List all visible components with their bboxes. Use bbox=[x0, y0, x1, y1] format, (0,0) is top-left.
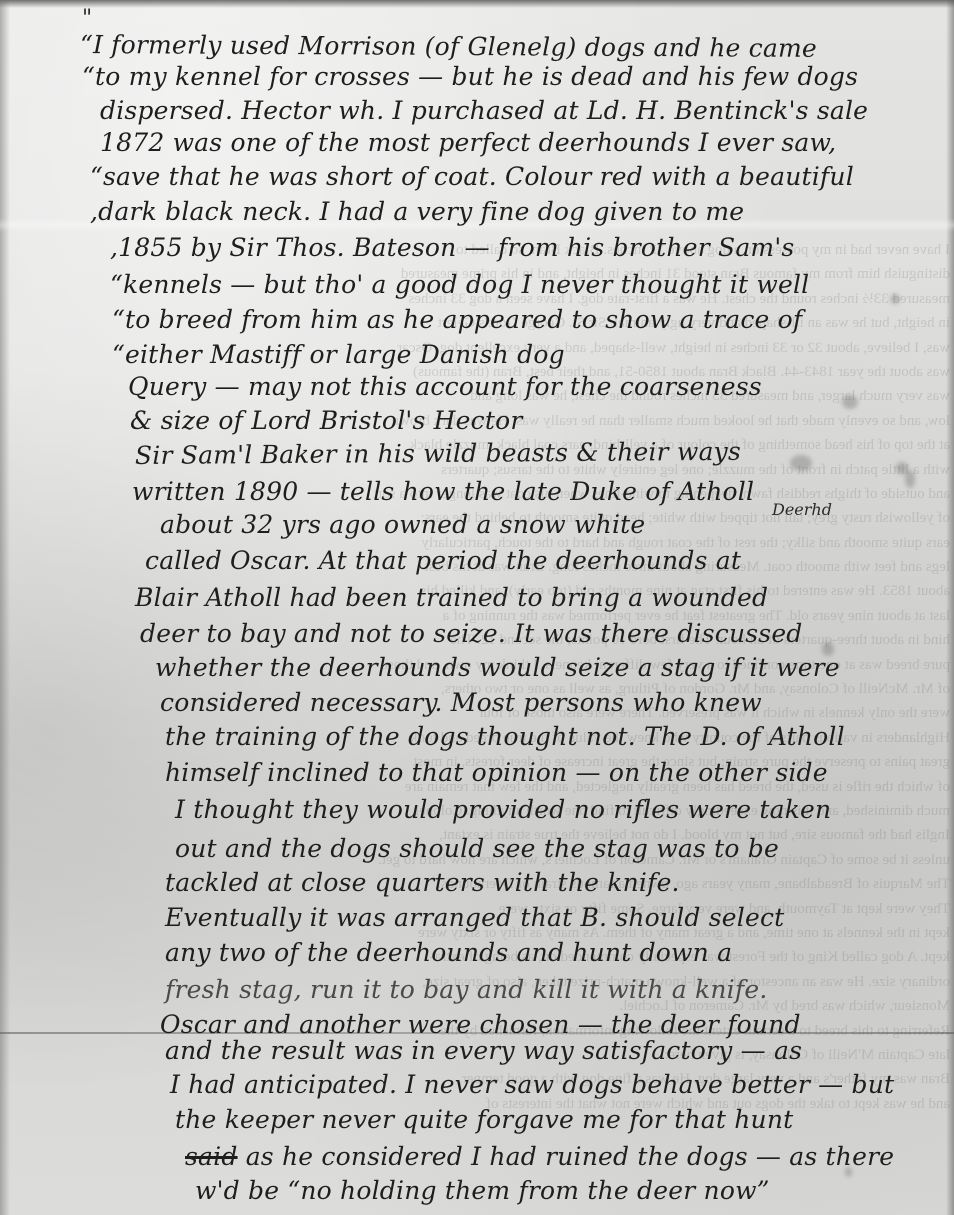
manuscript-line-10: “either Mastiff or large Danish dog bbox=[112, 340, 565, 369]
line-text: to my kennel for crosses — but he is dea… bbox=[95, 62, 858, 91]
line-text: Blair Atholl had been trained to bring a… bbox=[135, 583, 768, 612]
line-text: about 32 yrs ago owned a snow white bbox=[160, 510, 645, 539]
struck-word: said bbox=[185, 1142, 238, 1171]
manuscript-line-9: “to breed from him as he appeared to sho… bbox=[112, 305, 802, 334]
quote-mark: " bbox=[82, 6, 92, 31]
manuscript-line-6: ,dark black neck. I had a very fine dog … bbox=[90, 197, 744, 226]
manuscript-line-14: written 1890 — tells how the late Duke o… bbox=[132, 477, 754, 506]
manuscript-line-12: & size of Lord Bristol's Hector bbox=[130, 406, 522, 435]
line-text: Eventually it was arranged that B. shoul… bbox=[165, 903, 784, 932]
line-text: 1872 was one of the most perfect deerhou… bbox=[100, 128, 836, 157]
line-text: and the result was in every way satisfac… bbox=[165, 1036, 802, 1065]
line-text: I had anticipated. I never saw dogs beha… bbox=[170, 1070, 894, 1099]
interlinear-insertion: Deerhd bbox=[772, 500, 832, 519]
line-text: Query — may not this account for the coa… bbox=[128, 372, 762, 401]
line-text: save that he was short of coat. Colour r… bbox=[103, 162, 854, 191]
manuscript-line-26: Eventually it was arranged that B. shoul… bbox=[165, 903, 784, 932]
manuscript-line-17: Blair Atholl had been trained to bring a… bbox=[135, 583, 768, 612]
manuscript-line-20: considered necessary. Most persons who k… bbox=[160, 688, 762, 717]
line-text: w'd be “no holding them from the deer no… bbox=[195, 1176, 770, 1205]
manuscript-line-13: Sir Sam'l Baker in his wild beasts & the… bbox=[135, 437, 741, 470]
line-prefix: “ bbox=[110, 270, 123, 299]
line-text: the keeper never quite forgave me for th… bbox=[175, 1105, 793, 1134]
line-text: dispersed. Hector wh. I purchased at Ld.… bbox=[100, 96, 868, 125]
manuscript-line-5: “save that he was short of coat. Colour … bbox=[90, 162, 854, 191]
manuscript-line-22: himself inclined to that opinion — on th… bbox=[165, 758, 828, 787]
line-prefix: “ bbox=[90, 162, 103, 191]
line-text: considered necessary. Most persons who k… bbox=[160, 688, 762, 717]
line-prefix: “ bbox=[80, 30, 93, 59]
manuscript-line-23: I thought they would provided no rifles … bbox=[175, 795, 831, 824]
manuscript-line-27: any two of the deerhounds and hunt down … bbox=[165, 938, 732, 967]
line-text: Sir Sam'l Baker in his wild beasts & the… bbox=[135, 437, 741, 470]
handwritten-text: " “I formerly used Morrison (of Glenelg)… bbox=[0, 0, 954, 1215]
manuscript-line-31: I had anticipated. I never saw dogs beha… bbox=[170, 1070, 894, 1099]
line-text: Oscar and another were chosen — the deer… bbox=[160, 1010, 801, 1039]
manuscript-line-7: ,1855 by Sir Thos. Bateson — from his br… bbox=[110, 233, 794, 262]
manuscript-line-28: fresh stag, run it to bay and kill it wi… bbox=[165, 975, 767, 1004]
manuscript-line-2: “to my kennel for crosses — but he is de… bbox=[82, 62, 858, 91]
manuscript-line-25: tackled at close quarters with the knife… bbox=[165, 868, 680, 897]
line-text: any two of the deerhounds and hunt down … bbox=[165, 938, 732, 967]
line-text: as he considered I had ruined the dogs —… bbox=[246, 1142, 895, 1171]
line-text: called Oscar. At that period the deerhou… bbox=[145, 546, 741, 575]
line-prefix: , bbox=[110, 233, 118, 262]
line-text: & size of Lord Bristol's Hector bbox=[130, 406, 522, 435]
line-prefix: “ bbox=[112, 340, 125, 369]
line-text: deer to bay and not to seize. It was the… bbox=[140, 619, 803, 648]
line-text: himself inclined to that opinion — on th… bbox=[165, 758, 828, 787]
manuscript-line-15: about 32 yrs ago owned a snow white bbox=[160, 510, 645, 539]
manuscript-line-8: “kennels — but tho' a good dog I never t… bbox=[110, 270, 809, 299]
line-text: either Mastiff or large Danish dog bbox=[125, 340, 565, 369]
manuscript-line-16: called Oscar. At that period the deerhou… bbox=[145, 546, 741, 575]
line-text: 1855 by Sir Thos. Bateson — from his bro… bbox=[118, 233, 794, 262]
line-prefix: , bbox=[90, 197, 98, 226]
line-text: the training of the dogs thought not. Th… bbox=[165, 722, 845, 751]
line-prefix: “ bbox=[82, 62, 95, 91]
line-text: I formerly used Morrison (of Glenelg) do… bbox=[93, 30, 817, 63]
manuscript-line-1: “I formerly used Morrison (of Glenelg) d… bbox=[80, 30, 817, 63]
manuscript-line-29: Oscar and another were chosen — the deer… bbox=[160, 1010, 801, 1039]
line-text: written 1890 — tells how the late Duke o… bbox=[132, 477, 754, 506]
manuscript-line-18: deer to bay and not to seize. It was the… bbox=[140, 619, 803, 648]
manuscript-line-4: 1872 was one of the most perfect deerhou… bbox=[100, 128, 836, 157]
manuscript-line-24: out and the dogs should see the stag was… bbox=[175, 834, 779, 863]
line-text: out and the dogs should see the stag was… bbox=[175, 834, 779, 863]
manuscript-line-3: dispersed. Hector wh. I purchased at Ld.… bbox=[100, 96, 868, 125]
manuscript-line-33: said as he considered I had ruined the d… bbox=[185, 1142, 894, 1171]
manuscript-line-30: and the result was in every way satisfac… bbox=[165, 1036, 802, 1065]
line-text: to breed from him as he appeared to show… bbox=[125, 305, 802, 334]
manuscript-line-21: the training of the dogs thought not. Th… bbox=[165, 722, 845, 751]
line-prefix: “ bbox=[112, 305, 125, 334]
manuscript-line-19: whether the deerhounds would seize a sta… bbox=[155, 653, 840, 682]
line-text: dark black neck. I had a very fine dog g… bbox=[98, 197, 744, 226]
manuscript-line-11: Query — may not this account for the coa… bbox=[128, 372, 762, 401]
line-text: tackled at close quarters with the knife… bbox=[165, 868, 680, 897]
line-text: fresh stag, run it to bay and kill it wi… bbox=[165, 975, 767, 1004]
line-text: whether the deerhounds would seize a sta… bbox=[155, 653, 840, 682]
line-text: kennels — but tho' a good dog I never th… bbox=[123, 270, 809, 299]
manuscript-line-32: the keeper never quite forgave me for th… bbox=[175, 1105, 793, 1134]
manuscript-page: I have never had in my possession a dog … bbox=[0, 0, 954, 1215]
line-text: I thought they would provided no rifles … bbox=[175, 795, 831, 824]
manuscript-line-34: w'd be “no holding them from the deer no… bbox=[195, 1176, 770, 1205]
